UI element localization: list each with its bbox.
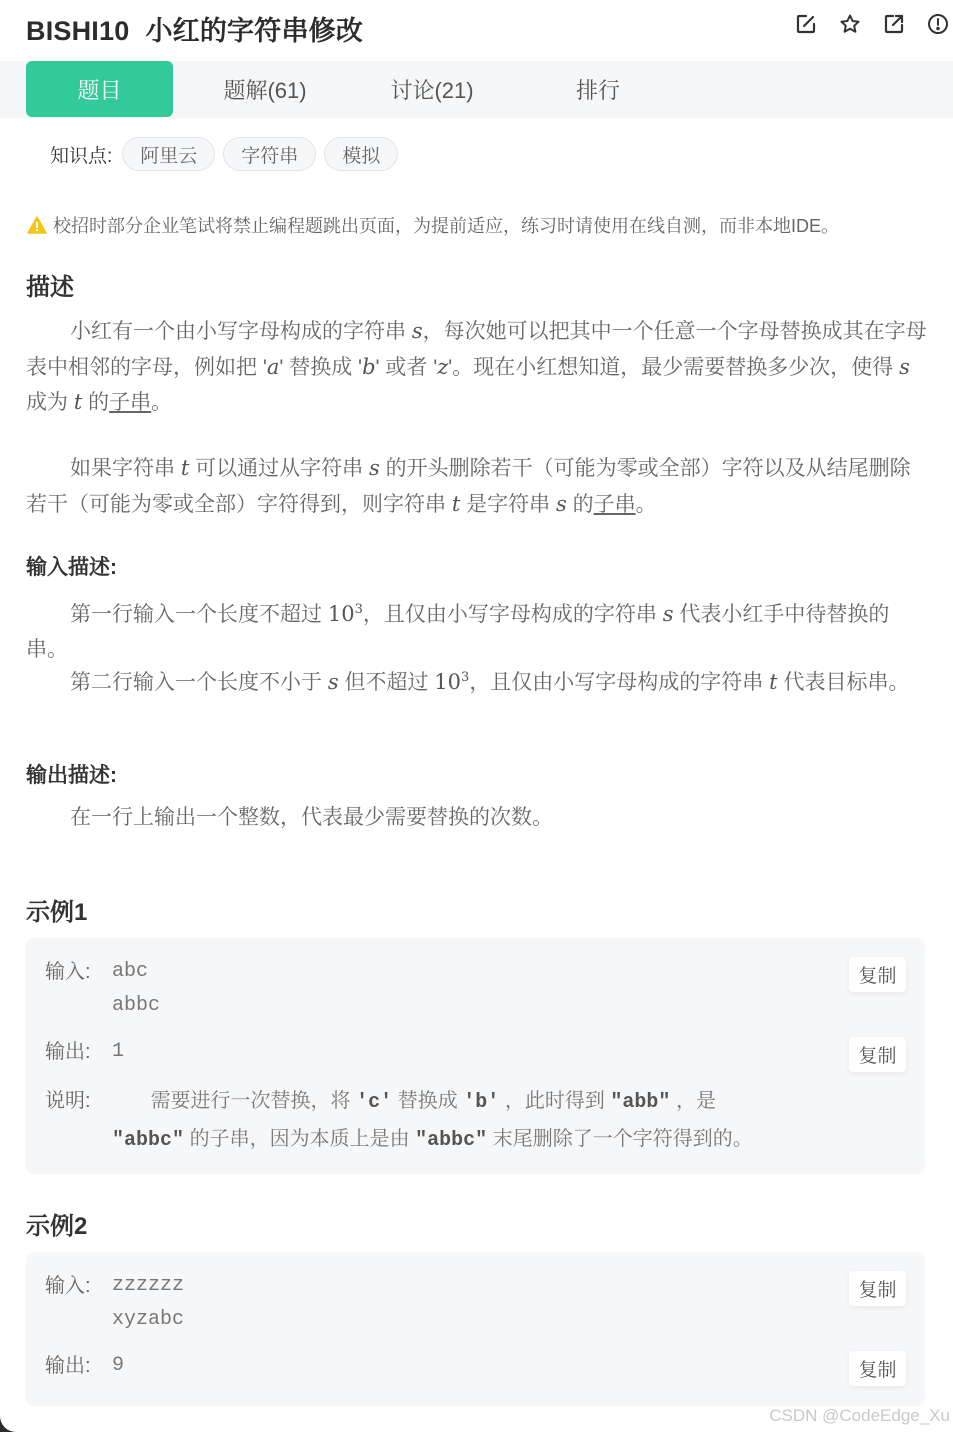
star-icon[interactable] xyxy=(839,13,861,35)
title-actions xyxy=(795,13,949,35)
edit-icon[interactable] xyxy=(795,13,817,35)
copy-output-button[interactable]: 复制 xyxy=(849,1351,906,1386)
example-1-heading: 示例1 xyxy=(26,892,87,927)
tag-string[interactable]: 字符串 xyxy=(223,137,316,171)
output-desc-heading: 输出描述: xyxy=(26,759,117,789)
share-icon[interactable] xyxy=(883,13,905,35)
example-2-heading: 示例2 xyxy=(26,1206,87,1241)
example-1-input: 输入: abc abbc xyxy=(45,955,160,1023)
tab-bar: 题目 题解(61) 讨论(21) 排行 xyxy=(0,61,953,118)
substring-link[interactable]: 子串 xyxy=(109,391,151,414)
example-2-box: 输入: zzzzzz xyzabc 复制 输出: 9 复制 xyxy=(26,1252,925,1406)
example-2-input-line: zzzzzz xyxy=(112,1269,184,1303)
tab-problem[interactable]: 题目 xyxy=(26,61,173,117)
warning-text: 校招时部分企业笔试将禁止编程题跳出页面，为提前适应，练习时请使用在线自测，而非本… xyxy=(53,212,839,238)
copy-output-button[interactable]: 复制 xyxy=(849,1037,906,1072)
description-heading: 描述 xyxy=(26,267,74,302)
output-desc-text: 在一行上输出一个整数，代表最少需要替换的次数。 xyxy=(26,801,931,836)
problem-code: BISHI10 xyxy=(26,16,129,46)
example-1-output: 输出: 1 xyxy=(45,1035,124,1069)
example-1-input-line: abbc xyxy=(112,989,160,1023)
problem-page: BISHI10小红的字符串修改 题目 题解(61) 讨论(21) xyxy=(0,0,953,1432)
warning-icon xyxy=(27,216,47,234)
example-2-output: 输出: 9 xyxy=(45,1349,124,1383)
copy-input-button[interactable]: 复制 xyxy=(849,1271,906,1306)
example-1-input-line: abc xyxy=(112,955,160,989)
copy-input-button[interactable]: 复制 xyxy=(849,957,906,992)
example-1-box: 输入: abc abbc 复制 输出: 1 复制 说明:需要进行一次替换，将 '… xyxy=(26,938,925,1174)
example-1-explanation: 说明:需要进行一次替换，将 'c' 替换成 'b' ，此时得到 "abb" ，是… xyxy=(45,1083,885,1159)
report-icon[interactable] xyxy=(927,13,949,35)
knowledge-tags: 知识点: 阿里云 字符串 模拟 xyxy=(50,137,406,171)
watermark: CSDN @CodeEdge_Xu xyxy=(769,1406,950,1426)
input-desc-heading: 输入描述: xyxy=(26,551,117,581)
tab-solutions[interactable]: 题解(61) xyxy=(190,61,340,117)
input-desc-line-1: 第一行输入一个长度不超过 103，且仅由小写字母构成的字符串 s 代表小红手中待… xyxy=(26,593,931,667)
tags-label: 知识点: xyxy=(50,141,112,168)
substring-link-2[interactable]: 子串 xyxy=(594,493,636,516)
tab-discussion[interactable]: 讨论(21) xyxy=(357,61,507,117)
example-2-input: 输入: zzzzzz xyzabc xyxy=(45,1269,184,1337)
problem-title: 小红的字符串修改 xyxy=(145,16,363,46)
page-title: BISHI10小红的字符串修改 xyxy=(26,9,363,48)
tab-ranking[interactable]: 排行 xyxy=(523,61,673,117)
input-desc-line-2: 第二行输入一个长度不小于 s 但不超过 103，且仅由小写字母构成的字符串 t … xyxy=(26,661,931,701)
tag-simulation[interactable]: 模拟 xyxy=(324,137,398,171)
description-paragraph-2: 如果字符串 t 可以通过从字符串 s 的开头删除若干（可能为零或全部）字符以及从… xyxy=(26,451,931,522)
warning-notice: 校招时部分企业笔试将禁止编程题跳出页面，为提前适应，练习时请使用在线自测，而非本… xyxy=(27,212,839,238)
description-paragraph-1: 小红有一个由小写字母构成的字符串 s，每次她可以把其中一个任意一个字母替换成其在… xyxy=(26,314,931,421)
example-2-input-line: xyzabc xyxy=(112,1303,184,1337)
tag-aliyun[interactable]: 阿里云 xyxy=(122,137,215,171)
